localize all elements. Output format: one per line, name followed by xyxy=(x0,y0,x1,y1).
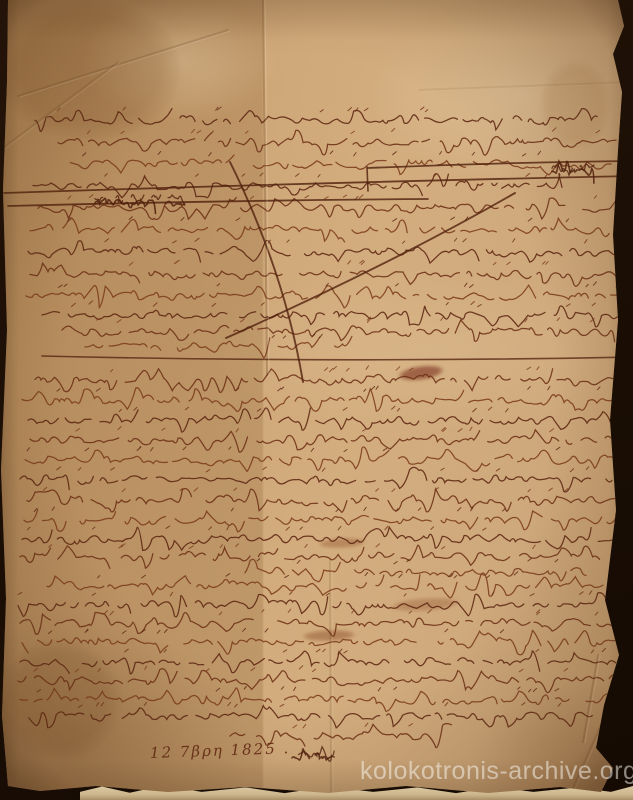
handwritten-line xyxy=(20,545,600,568)
handwritten-line xyxy=(42,306,627,327)
handwritten-line xyxy=(29,706,616,728)
accent-marks xyxy=(57,467,589,472)
manuscript-paper: 12 7βρη 1825 . xyxy=(0,0,633,800)
accent-marks xyxy=(49,544,535,549)
handwritten-line xyxy=(24,510,632,532)
handwritten-line xyxy=(35,369,633,393)
accent-marks xyxy=(111,366,540,372)
accent-marks xyxy=(18,591,609,596)
accent-marks xyxy=(43,487,567,491)
handwritten-line xyxy=(22,527,630,550)
handwritten-line xyxy=(18,669,632,693)
handwritten-line xyxy=(62,320,630,342)
paper-crease-highlight xyxy=(608,646,628,701)
handwritten-line xyxy=(58,130,616,155)
paper-crease-highlight xyxy=(422,83,633,91)
handwritten-line xyxy=(30,430,633,452)
ink-scribble xyxy=(299,747,334,762)
paper-crease xyxy=(330,560,331,800)
handwritten-line xyxy=(35,109,597,132)
paper-crease xyxy=(583,655,598,742)
accent-marks xyxy=(105,238,587,243)
handwritten-line xyxy=(20,688,628,711)
handwritten-line xyxy=(18,593,633,617)
paper-crease-highlight xyxy=(332,561,333,800)
manuscript-photo: 12 7βρη 1825 . kolokotronis-archive.org xyxy=(0,0,633,800)
accent-marks xyxy=(83,151,541,156)
paper-crease xyxy=(18,30,228,96)
accent-marks xyxy=(48,628,503,633)
accent-marks xyxy=(76,427,554,433)
handwritten-line xyxy=(20,651,633,674)
accent-marks xyxy=(87,128,599,134)
accent-marks xyxy=(34,666,633,672)
accent-marks xyxy=(72,301,596,307)
handwritten-line xyxy=(27,489,632,513)
paper-crease xyxy=(420,82,633,90)
accent-marks xyxy=(37,687,559,693)
accent-marks xyxy=(27,447,560,452)
accent-marks xyxy=(98,572,518,578)
paper-crease-highlight xyxy=(20,31,230,97)
accent-marks xyxy=(78,702,560,707)
paper-crease-highlight xyxy=(2,63,120,151)
accent-marks xyxy=(34,507,627,512)
separator-rule xyxy=(42,356,632,360)
handwritten-line xyxy=(70,155,611,175)
accent-marks xyxy=(105,173,547,178)
handwritten-line xyxy=(22,388,633,412)
handwritten-line xyxy=(30,262,632,287)
handwritten-line xyxy=(33,173,562,197)
handwritten-line xyxy=(20,467,633,492)
handwritten-line xyxy=(20,612,632,636)
handwritten-line xyxy=(26,285,630,308)
handwritten-line xyxy=(47,573,630,598)
accent-marks xyxy=(57,107,427,112)
handwritten-line xyxy=(22,631,631,655)
archive-watermark: kolokotronis-archive.org xyxy=(360,757,633,786)
cross-out-stroke xyxy=(226,193,515,338)
handwritten-line xyxy=(245,559,586,581)
handwritten-line xyxy=(28,240,631,263)
paper-crease xyxy=(0,62,118,150)
accent-marks xyxy=(97,317,595,322)
accent-marks xyxy=(27,526,486,530)
paper-crease xyxy=(606,645,626,700)
accent-marks xyxy=(68,195,620,200)
handwritten-line xyxy=(85,336,352,357)
handwriting-layer xyxy=(0,0,633,800)
handwritten-line xyxy=(25,447,632,471)
handwritten-line xyxy=(30,218,630,242)
correction-bracket xyxy=(367,167,368,191)
